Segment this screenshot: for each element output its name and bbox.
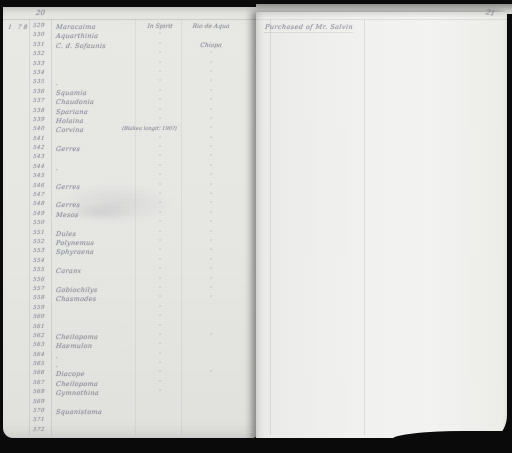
ledger-row: 552 Polynemus " " xyxy=(3,239,257,248)
ledger-row: 535 . " " xyxy=(3,79,257,88)
specimen-number: 537 xyxy=(33,98,52,104)
ledger-row: 572 xyxy=(3,427,257,436)
species-name: Gerres xyxy=(56,183,81,191)
in-spirit-mark: " xyxy=(138,314,183,320)
locality-mark: " xyxy=(184,286,239,292)
locality-mark: " xyxy=(184,164,239,170)
specimen-number: 536 xyxy=(33,89,52,95)
ledger-row: 571 xyxy=(3,417,257,426)
in-spirit-mark: " xyxy=(138,370,183,376)
locality-mark: " xyxy=(184,108,239,114)
locality-mark: " xyxy=(184,220,239,226)
ledger-row: 541 " " xyxy=(3,136,257,145)
species-name: Caranx xyxy=(56,267,82,275)
specimen-number: 563 xyxy=(33,342,52,348)
in-spirit-mark: " xyxy=(138,154,183,160)
locality-mark: Rio de Aqua xyxy=(184,23,239,30)
ledger-row: 555 Caranx " " xyxy=(3,267,257,276)
in-spirit-mark: " xyxy=(138,89,183,95)
ledger-row: 533 " " xyxy=(3,61,257,70)
specimen-number: 542 xyxy=(33,145,52,151)
in-spirit-mark: " xyxy=(138,305,183,311)
ledger-row: 568 Gymnothina " xyxy=(3,389,257,398)
in-spirit-mark: " xyxy=(138,230,183,236)
locality-mark: " xyxy=(184,79,239,85)
specimen-number: 553 xyxy=(33,248,52,254)
ledger-row: 545 " " xyxy=(3,173,257,182)
ledger-row: 550 " " xyxy=(3,220,257,229)
locality-mark: " xyxy=(184,183,239,189)
locality-mark: " xyxy=(184,136,239,142)
species-name: Sphyraena xyxy=(56,248,95,256)
ledger-row: 566 Diacope " " xyxy=(3,370,257,379)
ledger-row: 559 " xyxy=(3,305,257,314)
specimen-number: 530 xyxy=(33,32,52,38)
ledger-row: 561 " xyxy=(3,324,257,333)
species-name: Dules xyxy=(56,230,77,238)
right-page-number: 21 xyxy=(485,8,496,18)
ledger-row: 549 Mesos " " xyxy=(3,211,257,220)
ledger-row: 531 C. d. Sofaunis " Chiapa xyxy=(3,42,257,51)
species-name: Diacope xyxy=(56,370,86,378)
specimen-number: 540 xyxy=(33,126,52,132)
specimen-number: 534 xyxy=(33,70,52,76)
ledger-row: 570 Squanistoma xyxy=(3,408,257,417)
ledger-row: 532 " " xyxy=(3,51,257,60)
specimen-number: 543 xyxy=(33,154,52,160)
species-name: Holaina xyxy=(56,117,85,125)
species-name: . xyxy=(56,79,59,87)
ledger-row: 553 Sphyraena " " xyxy=(3,248,257,257)
species-name: C. d. Sofaunis xyxy=(56,42,107,50)
ledger-right-page: 21 Purchased of Mr. Salvin xyxy=(256,12,507,445)
ledger-row: 564 . " xyxy=(3,352,257,361)
specimen-number: 551 xyxy=(33,230,52,236)
species-name: Squanistoma xyxy=(56,408,103,416)
specimen-number: 547 xyxy=(33,192,52,198)
ledger-row: 540 Corvina (Blakea longit. 190?) " " xyxy=(3,126,257,135)
ledger-row: 534 " " xyxy=(3,70,257,79)
in-spirit-mark: " xyxy=(138,248,183,254)
ledger-row: 546 Gerres " " xyxy=(3,183,257,192)
species-name: Corvina xyxy=(56,126,85,134)
header-rule xyxy=(3,19,257,20)
in-spirit-mark: " xyxy=(138,108,183,114)
ledger-row: 551 Dules " " xyxy=(3,230,257,239)
in-spirit-mark: " xyxy=(138,220,183,226)
in-spirit-mark: " xyxy=(138,239,183,245)
in-spirit-mark: " xyxy=(138,333,183,339)
species-name: Cheilopoma xyxy=(56,380,99,388)
ledger-row: 543 " " xyxy=(3,154,257,163)
specimen-number: 550 xyxy=(33,220,52,226)
species-name: Haemulon xyxy=(56,342,93,350)
specimen-number: 541 xyxy=(33,136,52,142)
species-name: Polynemus xyxy=(56,239,95,247)
species-name: Gobiochilys xyxy=(56,286,98,294)
species-name: Gerres xyxy=(56,145,81,153)
in-spirit-mark: " xyxy=(138,183,183,189)
locality-mark: " xyxy=(184,211,239,217)
specimen-number: 552 xyxy=(33,239,52,245)
specimen-number: 567 xyxy=(33,380,52,386)
ledger-row: 567 Cheilopoma " xyxy=(3,380,257,389)
in-spirit-mark: In Spirit xyxy=(138,23,183,30)
in-spirit-mark: " xyxy=(138,267,183,273)
specimen-number: 568 xyxy=(33,389,52,395)
in-spirit-mark: " xyxy=(138,277,183,283)
species-name: Gerres xyxy=(56,201,81,209)
species-name: . xyxy=(56,361,59,369)
ledger-row: 537 Chaudonia " " xyxy=(3,98,257,107)
in-spirit-mark: " xyxy=(138,79,183,85)
ledger-row: 529 Maracaima In Spirit Rio de Aqua xyxy=(3,23,257,32)
species-name: Gymnothina xyxy=(56,389,100,397)
specimen-number: 565 xyxy=(33,361,52,367)
species-name: . xyxy=(56,164,59,172)
in-spirit-mark: " xyxy=(138,192,183,198)
species-name: Maracaima xyxy=(56,23,97,31)
specimen-number: 544 xyxy=(33,164,52,170)
in-spirit-mark: " xyxy=(138,145,183,151)
locality-mark: " xyxy=(184,239,239,245)
locality-mark: " xyxy=(184,154,239,160)
species-name: Squamia xyxy=(56,89,88,97)
specimen-number: 560 xyxy=(33,314,52,320)
ledger-row: 544 . " " xyxy=(3,164,257,173)
specimen-number: 554 xyxy=(33,258,52,264)
locality-mark: " xyxy=(184,117,239,123)
ledger-row: 536 Squamia " " xyxy=(3,89,257,98)
ledger-row: 556 " " xyxy=(3,277,257,286)
in-spirit-mark: " xyxy=(138,51,183,57)
ledger-row: 562 Cheilopoma " " xyxy=(3,333,257,342)
in-spirit-mark: " xyxy=(138,324,183,330)
scanned-ledger-spread: 20 1 78 529 Maracaima In Spirit Rio de A… xyxy=(0,0,512,453)
locality-mark: " xyxy=(184,145,239,151)
specimen-number: 557 xyxy=(33,286,52,292)
specimen-number: 556 xyxy=(33,277,52,283)
species-name: Aquarthinia xyxy=(56,32,99,40)
ledger-row: 530 Aquarthinia " xyxy=(3,32,257,41)
ledger-row: 563 Haemulon " xyxy=(3,342,257,351)
in-spirit-mark: " xyxy=(138,32,183,38)
ledger-row: 538 Spariana " " xyxy=(3,108,257,117)
specimen-number: 572 xyxy=(33,427,52,433)
species-name: Cheilopoma xyxy=(56,333,99,341)
locality-mark: " xyxy=(184,126,239,132)
ledger-rows: 529 Maracaima In Spirit Rio de Aqua 530 … xyxy=(3,23,257,436)
left-page-number: 20 xyxy=(36,9,46,17)
ledger-row: 547 " " xyxy=(3,192,257,201)
in-spirit-mark: " xyxy=(138,126,183,132)
specimen-number: 548 xyxy=(33,201,52,207)
in-spirit-mark: " xyxy=(138,389,183,395)
specimen-number: 546 xyxy=(33,183,52,189)
paper-texture-right xyxy=(256,12,507,445)
locality-mark: " xyxy=(184,98,239,104)
specimen-number: 529 xyxy=(33,23,52,29)
specimen-number: 564 xyxy=(33,352,52,358)
specimen-number: 539 xyxy=(33,117,52,123)
specimen-number: 561 xyxy=(33,324,52,330)
ledger-row: 539 Holaina " " xyxy=(3,117,257,126)
specimen-number: 549 xyxy=(33,211,52,217)
in-spirit-mark: " xyxy=(138,201,183,207)
locality-mark: " xyxy=(184,333,239,339)
species-name: Mesos xyxy=(56,211,79,219)
specimen-number: 571 xyxy=(33,417,52,423)
locality-mark: " xyxy=(184,201,239,207)
ledger-left-page: 20 1 78 529 Maracaima In Spirit Rio de A… xyxy=(3,7,257,438)
locality-mark: " xyxy=(184,295,239,301)
in-spirit-mark: " xyxy=(138,173,183,179)
specimen-number: 555 xyxy=(33,267,52,273)
specimen-number: 545 xyxy=(33,173,52,179)
in-spirit-mark: " xyxy=(138,342,183,348)
locality-mark: " xyxy=(184,370,239,376)
ledger-row: 548 Gerres " " xyxy=(3,201,257,210)
in-spirit-mark: " xyxy=(138,98,183,104)
locality-mark: " xyxy=(184,258,239,264)
specimen-number: 533 xyxy=(33,61,52,67)
scanner-background-corner xyxy=(392,431,512,445)
locality-mark: " xyxy=(184,230,239,236)
ledger-row: 558 Chasmodes " " xyxy=(3,295,257,304)
locality-mark: " xyxy=(184,70,239,76)
in-spirit-mark: " xyxy=(138,295,183,301)
species-name: Chaudonia xyxy=(56,98,95,106)
locality-mark: " xyxy=(184,267,239,273)
locality-mark: " xyxy=(184,61,239,67)
specimen-number: 570 xyxy=(33,408,52,414)
specimen-number: 531 xyxy=(33,42,52,48)
in-spirit-mark: " xyxy=(138,361,183,367)
specimen-number: 569 xyxy=(33,399,52,405)
in-spirit-mark: " xyxy=(138,164,183,170)
in-spirit-mark: " xyxy=(138,61,183,67)
locality-mark: " xyxy=(184,248,239,254)
in-spirit-mark: " xyxy=(138,211,183,217)
specimen-number: 535 xyxy=(33,79,52,85)
in-spirit-mark: " xyxy=(138,42,183,48)
specimen-number: 566 xyxy=(33,370,52,376)
in-spirit-mark: " xyxy=(138,380,183,386)
in-spirit-mark: " xyxy=(138,258,183,264)
specimen-number: 562 xyxy=(33,333,52,339)
species-name: Chasmodes xyxy=(56,295,97,303)
ledger-row: 557 Gobiochilys " " xyxy=(3,286,257,295)
column-rule-2 xyxy=(364,20,365,435)
ledger-row: 554 " " xyxy=(3,258,257,267)
in-spirit-mark: " xyxy=(138,70,183,76)
ledger-row: 560 " xyxy=(3,314,257,323)
in-spirit-mark: " xyxy=(138,117,183,123)
in-spirit-mark: " xyxy=(138,136,183,142)
column-rule-1 xyxy=(270,20,271,435)
top-edge-rule xyxy=(256,19,507,20)
purchase-note: Purchased of Mr. Salvin xyxy=(264,23,353,33)
species-name: Spariana xyxy=(56,108,89,116)
locality-mark: " xyxy=(184,51,239,57)
specimen-number: 559 xyxy=(33,305,52,311)
locality-mark: " xyxy=(184,89,239,95)
specimen-number: 558 xyxy=(33,295,52,301)
specimen-number: 538 xyxy=(33,108,52,114)
locality-mark: Chiapa xyxy=(184,42,239,49)
in-spirit-mark: " xyxy=(138,352,183,358)
ledger-row: 569 xyxy=(3,399,257,408)
locality-mark: " xyxy=(184,192,239,198)
locality-mark: " xyxy=(184,173,239,179)
locality-mark: " xyxy=(184,277,239,283)
specimen-number: 532 xyxy=(33,51,52,57)
species-name: . xyxy=(56,352,59,360)
in-spirit-mark: " xyxy=(138,286,183,292)
